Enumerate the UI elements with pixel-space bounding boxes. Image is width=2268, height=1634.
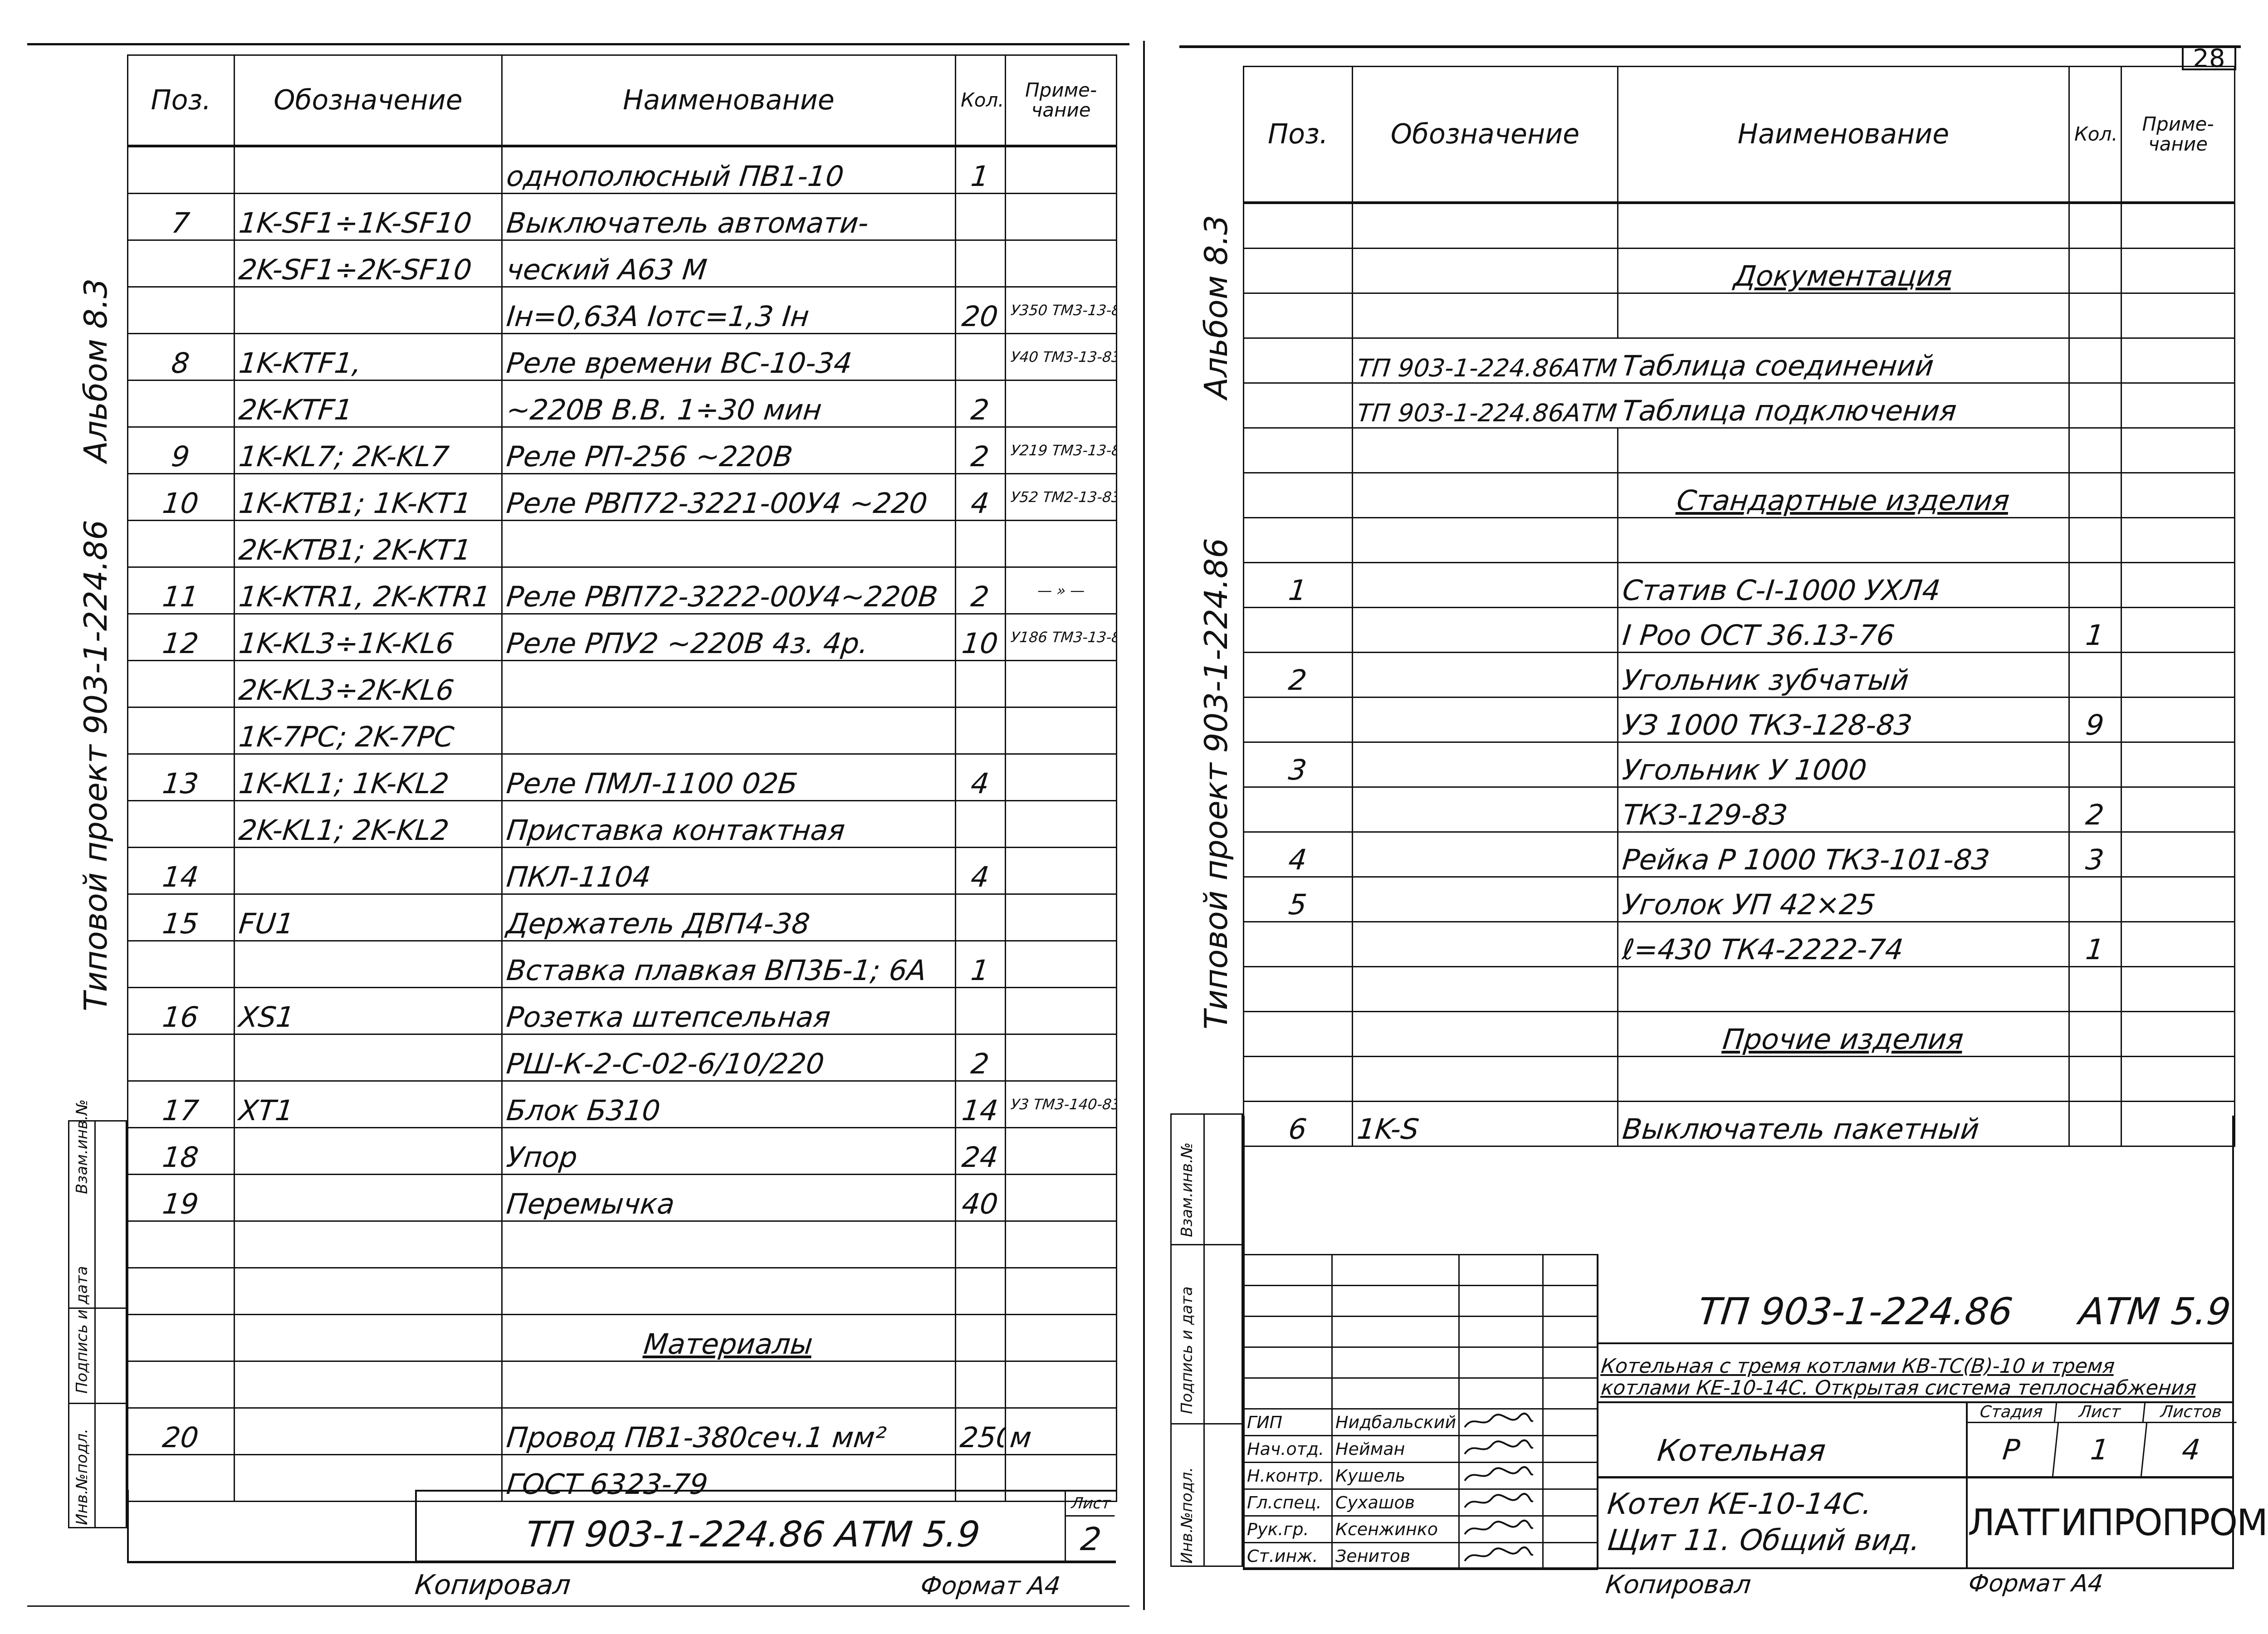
- cell-pos: 16: [125, 987, 237, 1034]
- cell-designation: [1350, 652, 1620, 697]
- left-footer-rule: [27, 1605, 1129, 1607]
- cell-name: Iн=0,63А Iотс=1,3 Iн: [499, 287, 958, 333]
- approval-row: Н.контр.Кушель: [1244, 1463, 1598, 1489]
- approval-date: [1543, 1436, 1598, 1463]
- table-row: 15FU1Держатель ДВП4-38: [128, 894, 1117, 941]
- table-row: 2K-KTB1; 2K-KT1: [128, 520, 1117, 567]
- signature-scribble-icon: [1462, 1492, 1535, 1512]
- approval-empty-row: [1244, 1347, 1598, 1378]
- cell-note: [1003, 1314, 1119, 1361]
- cell-note: [1003, 1034, 1119, 1081]
- table-row: 131K-KL1; 1K-KL2Реле ПМЛ-1100 02Б4: [128, 754, 1117, 800]
- approval-empty-row: [1244, 1378, 1598, 1409]
- cell-note: У186 ТМ3-13-83: [1003, 614, 1119, 660]
- cell-name: I Роо ОСТ 36.13-76: [1615, 607, 2071, 652]
- cell-note: [2119, 877, 2237, 922]
- table-row: ℓ=430 ТК4-2222-741: [1244, 922, 2235, 966]
- right-top-rule: [1179, 45, 2241, 48]
- right-spec-table: Поз. Обозначение Наименование Кол. Приме…: [1243, 66, 2235, 1147]
- approval-empty-cell: [1543, 1317, 1598, 1347]
- table-row: 2Угольник зубчатый: [1244, 652, 2235, 697]
- approvals-table: ГИПНидбальскийНач.отд.НейманН.контр.Куше…: [1243, 1254, 1598, 1570]
- cell-note: [1003, 240, 1119, 287]
- cell-name: [499, 1361, 958, 1408]
- approval-name: Сухашов: [1332, 1489, 1459, 1516]
- cell-designation: ТП 903-1-224.86АТМ5.10: [1350, 338, 1620, 383]
- table-row: однополюсный ПВ1-101: [128, 146, 1117, 194]
- cell-designation: XT1: [232, 1081, 504, 1127]
- cell-note: [2119, 787, 2237, 832]
- drawing-title-1: Котел КЕ-10-14С.: [1606, 1488, 1873, 1521]
- cell-designation: [1350, 922, 1620, 966]
- cell-designation: [1350, 293, 1620, 338]
- cell-name: Выключатель автомати-: [499, 193, 958, 240]
- approval-empty-cell: [1332, 1286, 1459, 1317]
- cell-designation: [1350, 697, 1620, 742]
- cell-note: [1003, 193, 1119, 240]
- cell-qty: 2: [2067, 787, 2123, 832]
- right-footer-copied: Копировал: [1604, 1570, 1753, 1600]
- approval-name: Нейман: [1332, 1436, 1459, 1463]
- cell-name: [499, 707, 958, 754]
- cell-pos: 13: [125, 754, 237, 800]
- table-row: 81K-KTF1,Реле времени ВС-10-34У40 ТМ3-13…: [128, 333, 1117, 380]
- approval-empty-cell: [1543, 1255, 1598, 1286]
- cell-designation: [232, 1408, 504, 1454]
- cell-name: [499, 1268, 958, 1314]
- cell-designation: [1350, 832, 1620, 877]
- cell-qty: 4: [953, 754, 1008, 800]
- table-row: [1244, 428, 2235, 473]
- sheet-divider: [1143, 41, 1145, 1610]
- cell-qty: 1: [953, 146, 1008, 194]
- cell-qty: 40: [953, 1174, 1008, 1221]
- approval-date: [1543, 1516, 1598, 1543]
- section-heading: Документация: [1615, 248, 2071, 293]
- cell-designation: [232, 1361, 504, 1408]
- right-side-stamp-replace: Взам.инв.№: [1178, 1142, 1196, 1237]
- left-stamp-code: ТП 903-1-224.86 АТМ 5.9: [523, 1514, 982, 1555]
- approval-empty-cell: [1459, 1347, 1543, 1378]
- approval-role: Нач.отд.: [1244, 1436, 1332, 1463]
- cell-pos: [1241, 473, 1354, 517]
- cell-designation: [232, 287, 504, 333]
- approval-signature: [1459, 1543, 1543, 1570]
- approval-empty-cell: [1244, 1378, 1332, 1409]
- cell-name: Угольник У 1000: [1615, 742, 2071, 787]
- approval-empty-cell: [1244, 1255, 1332, 1286]
- cell-designation: [1350, 517, 1620, 562]
- cell-designation: [1350, 473, 1620, 517]
- cell-pos: 2: [1241, 652, 1354, 697]
- cell-designation: 1K-KTR1, 2K-KTR1: [232, 567, 504, 614]
- cell-pos: [1241, 428, 1354, 473]
- cell-qty: 4: [953, 847, 1008, 894]
- approval-date: [1543, 1543, 1598, 1570]
- side-stamp: Взам.инв.№ Подпись и дата Инв.№подл.: [68, 1120, 127, 1528]
- cell-designation: [1350, 877, 1620, 922]
- cell-note: [2119, 1056, 2237, 1101]
- cell-pos: [125, 941, 237, 987]
- header-note: Приме-чание: [1006, 55, 1117, 146]
- side-stamp-replace: Взам.инв.№: [73, 1099, 91, 1194]
- approval-date: [1543, 1489, 1598, 1516]
- left-footer-copied: Копировал: [413, 1569, 572, 1601]
- header-pos: Поз.: [1244, 67, 1353, 203]
- table-row: 71K-SF1÷1K-SF10Выключатель автомати-: [128, 193, 1117, 240]
- table-row: 2K-KTF1~220В В.В. 1÷30 мин2: [128, 380, 1117, 427]
- table-row: ТП 903-1-224.86АТМ5.11Таблица подключени…: [1244, 383, 2235, 428]
- approval-date: [1543, 1409, 1598, 1436]
- table-row: 3Угольник У 1000: [1244, 742, 2235, 787]
- cell-qty: 2: [953, 380, 1008, 427]
- table-row: 16XS1Розетка штепсельная: [128, 987, 1117, 1034]
- cell-note: [1003, 1127, 1119, 1174]
- cell-qty: [953, 193, 1008, 240]
- header-name: Наименование: [1618, 67, 2069, 203]
- right-footer-format: Формат А4: [1967, 1570, 2104, 1597]
- cell-designation: 1K-KL1; 1K-KL2: [232, 754, 504, 800]
- section-heading: Стандартные изделия: [1615, 473, 2071, 517]
- table-row: 101K-KTB1; 1K-KT1Реле РВП72-3221-00У4 ~2…: [128, 473, 1117, 520]
- table-row: Iн=0,63А Iотс=1,3 Iн20У350 ТМ3-13-83: [128, 287, 1117, 333]
- signature-scribble-icon: [1462, 1518, 1535, 1539]
- table-row: Вставка плавкая ВП3Б-1; 6А1: [128, 941, 1117, 987]
- approval-name: Нидбальский: [1332, 1409, 1459, 1436]
- signature-scribble-icon: [1462, 1465, 1535, 1485]
- cell-qty: [953, 333, 1008, 380]
- title-project-line-1: Котельная с тремя котлами КВ-ТС(В)-10 и …: [1600, 1355, 2116, 1378]
- cell-qty: [953, 800, 1008, 847]
- cell-qty: 10: [953, 614, 1008, 660]
- cell-note: [2119, 383, 2237, 428]
- cell-pos: [1241, 293, 1354, 338]
- cell-designation: [1350, 1056, 1620, 1101]
- header-qty: Кол.: [956, 55, 1006, 146]
- cell-designation: 2K-KTB1; 2K-KT1: [232, 520, 504, 567]
- cell-note: У219 ТМ3-13-83: [1003, 427, 1119, 473]
- cell-note: [2119, 338, 2237, 383]
- cell-note: У52 ТМ2-13-83: [1003, 473, 1119, 520]
- sheet-label: Лист: [2055, 1401, 2146, 1423]
- cell-note: У3 ТМ3-140-83: [1003, 1081, 1119, 1127]
- cell-name: [499, 1221, 958, 1268]
- approval-role: ГИП: [1244, 1409, 1332, 1436]
- cell-note: [2119, 293, 2237, 338]
- right-side-stamp: Взам.инв.№ Подпись и дата Инв.№подл.: [1170, 1113, 1243, 1567]
- cell-pos: [125, 1314, 237, 1361]
- cell-qty: 4: [953, 473, 1008, 520]
- approval-empty-row: [1244, 1255, 1598, 1286]
- cell-pos: 19: [125, 1174, 237, 1221]
- cell-pos: [1241, 248, 1354, 293]
- cell-designation: [1350, 248, 1620, 293]
- cell-pos: [125, 1221, 237, 1268]
- cell-designation: [232, 146, 504, 194]
- approval-row: Рук.гр.Ксенжинко: [1244, 1516, 1598, 1543]
- cell-qty: 250: [953, 1408, 1008, 1454]
- right-side-stamp-signature: Подпись и дата: [1178, 1286, 1196, 1414]
- table-row: [128, 1268, 1117, 1314]
- cell-pos: 11: [125, 567, 237, 614]
- cell-pos: 9: [125, 427, 237, 473]
- cell-name: ~220В В.В. 1÷30 мин: [499, 380, 958, 427]
- approval-row: ГИПНидбальский: [1244, 1409, 1598, 1436]
- margin-project-label: Типовой проект 903-1-224.86: [77, 520, 114, 1011]
- cell-note: [2119, 832, 2237, 877]
- table-row: [1244, 1056, 2235, 1101]
- approval-date: [1543, 1463, 1598, 1489]
- cell-designation: XS1: [232, 987, 504, 1034]
- section-heading: Прочие изделия: [1615, 1011, 2071, 1056]
- cell-designation: 1K-SF1÷1K-SF10: [232, 193, 504, 240]
- title-rule-1: [1598, 1342, 2234, 1344]
- header-designation: Обозначение: [235, 55, 502, 146]
- table-row: 111K-KTR1, 2K-KTR1Реле РВП72-3222-00У4~2…: [128, 567, 1117, 614]
- cell-note: [1003, 1268, 1119, 1314]
- cell-note: [2119, 473, 2237, 517]
- approval-empty-row: [1244, 1286, 1598, 1317]
- approval-signature: [1459, 1516, 1543, 1543]
- table-row: 91K-KL7; 2K-KL7Реле РП-256 ~220В2У219 ТМ…: [128, 427, 1117, 473]
- approval-empty-cell: [1459, 1317, 1543, 1347]
- cell-qty: 1: [953, 941, 1008, 987]
- cell-note: [1003, 894, 1119, 941]
- table-row: ТП 903-1-224.86АТМ5.10Таблица соединений: [1244, 338, 2235, 383]
- cell-qty: 2: [953, 1034, 1008, 1081]
- sheets-label: Листов: [2143, 1401, 2239, 1423]
- cell-designation: [1350, 966, 1620, 1011]
- cell-qty: [953, 1221, 1008, 1268]
- approval-row: Ст.инж.Зенитов: [1244, 1543, 1598, 1570]
- cell-qty: [2067, 293, 2123, 338]
- cell-name: ТК3-129-83: [1615, 787, 2071, 832]
- cell-name: Держатель ДВП4-38: [499, 894, 958, 941]
- approval-role: Ст.инж.: [1244, 1543, 1332, 1570]
- cell-name: [1615, 428, 2071, 473]
- table-row: 17XT1Блок Б31014У3 ТМ3-140-83: [128, 1081, 1117, 1127]
- cell-qty: [2067, 1056, 2123, 1101]
- cell-note: [1003, 1174, 1119, 1221]
- cell-note: [2119, 562, 2237, 607]
- cell-note: [2119, 607, 2237, 652]
- cell-pos: 10: [125, 473, 237, 520]
- cell-pos: [1241, 383, 1354, 428]
- stage-value: Р: [1965, 1423, 2059, 1476]
- table-row: 2K-SF1÷2K-SF10ческий А63 М: [128, 240, 1117, 287]
- cell-note: [2119, 428, 2237, 473]
- cell-name: УЗ 1000 ТК3-128-83: [1615, 697, 2071, 742]
- cell-pos: 4: [1241, 832, 1354, 877]
- cell-designation: ТП 903-1-224.86АТМ5.11: [1350, 383, 1620, 428]
- cell-note: [1003, 847, 1119, 894]
- table-row: 14ПКЛ-11044: [128, 847, 1117, 894]
- cell-name: ℓ=430 ТК4-2222-74: [1615, 922, 2071, 966]
- cell-name: Перемычка: [499, 1174, 958, 1221]
- cell-designation: [1350, 1011, 1620, 1056]
- cell-pos: [1241, 338, 1354, 383]
- table-row: 5Уголок УП 42×25: [1244, 877, 2235, 922]
- table-row: [1244, 517, 2235, 562]
- left-stamp-sheet-cell: Лист 2: [1065, 1492, 1116, 1561]
- approval-role: Гл.спец.: [1244, 1489, 1332, 1516]
- cell-designation: [1350, 787, 1620, 832]
- cell-name: Реле РПУ2 ~220В 4з. 4р.: [499, 614, 958, 660]
- cell-designation: 2K-KL1; 2K-KL2: [232, 800, 504, 847]
- cell-name: Реле РВП72-3221-00У4 ~220: [499, 473, 958, 520]
- cell-designation: [232, 941, 504, 987]
- left-stamp-box: ТП 903-1-224.86 АТМ 5.9 Лист 2: [415, 1490, 1116, 1562]
- cell-qty: [953, 1361, 1008, 1408]
- header-qty: Кол.: [2069, 67, 2121, 203]
- approval-empty-cell: [1332, 1347, 1459, 1378]
- approval-signature: [1459, 1409, 1543, 1436]
- approval-empty-row: [1244, 1317, 1598, 1347]
- cell-pos: 17: [125, 1081, 237, 1127]
- cell-pos: [125, 707, 237, 754]
- approval-name: Кушель: [1332, 1463, 1459, 1489]
- cell-designation: 1K-KL3÷1K-KL6: [232, 614, 504, 660]
- cell-qty: [953, 894, 1008, 941]
- cell-note: [2119, 922, 2237, 966]
- signature-scribble-icon: [1462, 1411, 1535, 1432]
- cell-pos: [1241, 1011, 1354, 1056]
- title-block: ГИПНидбальскийНач.отд.НейманН.контр.Куше…: [1243, 1254, 2234, 1569]
- cell-qty: [953, 520, 1008, 567]
- cell-designation: 1K-7PC; 2K-7PC: [232, 707, 504, 754]
- cell-note: [2119, 697, 2237, 742]
- table-row: [128, 1221, 1117, 1268]
- cell-qty: [2067, 877, 2123, 922]
- approval-empty-cell: [1543, 1286, 1598, 1317]
- table-row: 121K-KL3÷1K-KL6Реле РПУ2 ~220В 4з. 4р.10…: [128, 614, 1117, 660]
- cell-note: [2119, 966, 2237, 1011]
- cell-name: Розетка штепсельная: [499, 987, 958, 1034]
- title-object: Котельная: [1656, 1433, 1828, 1468]
- side-stamp-inventory: Инв.№подл.: [73, 1429, 91, 1525]
- right-margin-album-label: Альбом 8.3: [1198, 215, 1235, 399]
- cell-name: [499, 660, 958, 707]
- cell-pos: [125, 660, 237, 707]
- sheet-value: 1: [2053, 1423, 2147, 1476]
- cell-note: [1003, 800, 1119, 847]
- cell-pos: 15: [125, 894, 237, 941]
- cell-designation: [1350, 562, 1620, 607]
- signature-scribble-icon: [1462, 1545, 1535, 1566]
- cell-name: Реле времени ВС-10-34: [499, 333, 958, 380]
- cell-designation: 2K-KTF1: [232, 380, 504, 427]
- cell-name: Реле ПМЛ-1100 02Б: [499, 754, 958, 800]
- cell-name: РШ-К-2-С-02-6/10/220: [499, 1034, 958, 1081]
- approval-empty-cell: [1244, 1317, 1332, 1347]
- cell-name: [1615, 293, 2071, 338]
- cell-pos: [125, 520, 237, 567]
- cell-name: Вставка плавкая ВП3Б-1; 6А: [499, 941, 958, 987]
- right-margin-project-label: Типовой проект 903-1-224.86: [1198, 538, 1235, 1029]
- cell-note: м: [1003, 1408, 1119, 1454]
- cell-name: Статив С-I-1000 УХЛ4: [1615, 562, 2071, 607]
- left-border-bottom-left: [127, 1490, 129, 1562]
- stage-label: Стадия: [1966, 1401, 2057, 1423]
- cell-qty: [953, 240, 1008, 287]
- cell-designation: 1K-KTB1; 1K-KT1: [232, 473, 504, 520]
- approval-empty-cell: [1332, 1378, 1459, 1409]
- cell-designation: [232, 1034, 504, 1081]
- cell-pos: [1241, 922, 1354, 966]
- cell-note: [1003, 987, 1119, 1034]
- cell-qty: [953, 1314, 1008, 1361]
- cell-name: [1615, 203, 2072, 249]
- cell-pos: 5: [1241, 877, 1354, 922]
- cell-pos: [125, 380, 237, 427]
- cell-qty: 20: [953, 287, 1008, 333]
- header-name: Наименование: [502, 55, 956, 146]
- cell-name: Таблица соединений: [1615, 338, 2071, 383]
- approval-empty-cell: [1459, 1286, 1543, 1317]
- header-pos: Поз.: [128, 55, 235, 146]
- left-spec-table: Поз. Обозначение Наименование Кол. Приме…: [127, 54, 1117, 1502]
- cell-qty: 14: [953, 1081, 1008, 1127]
- approval-empty-cell: [1332, 1255, 1459, 1286]
- left-stamp-sheet-number: 2: [1064, 1517, 1119, 1562]
- cell-designation: [1350, 607, 1620, 652]
- cell-pos: [125, 146, 237, 194]
- cell-pos: 3: [1241, 742, 1354, 787]
- approval-empty-cell: [1244, 1347, 1332, 1378]
- approval-role: Рук.гр.: [1244, 1516, 1332, 1543]
- approval-empty-cell: [1543, 1378, 1598, 1409]
- title-code: ТП 903-1-224.86: [1696, 1290, 2015, 1333]
- table-row: 2K-KL1; 2K-KL2Приставка контактная: [128, 800, 1117, 847]
- cell-qty: [953, 707, 1008, 754]
- cell-pos: [125, 1361, 237, 1408]
- cell-designation: 2K-SF1÷2K-SF10: [232, 240, 504, 287]
- left-stamp-sheet-label: Лист: [1065, 1492, 1117, 1517]
- cell-pos: [1241, 607, 1354, 652]
- cell-note: [1003, 941, 1119, 987]
- cell-note: [2119, 203, 2237, 249]
- cell-note: У40 ТМ3-13-83: [1003, 333, 1119, 380]
- cell-name: Блок Б310: [499, 1081, 958, 1127]
- cell-pos: 1: [1241, 562, 1354, 607]
- cell-name: Приставка контактная: [499, 800, 958, 847]
- top-rule: [27, 43, 1129, 45]
- cell-note: [1003, 1361, 1119, 1408]
- table-row: 4Рейка Р 1000 ТК3-101-833: [1244, 832, 2235, 877]
- cell-name: Таблица подключения: [1615, 383, 2071, 428]
- cell-name: Упор: [499, 1127, 958, 1174]
- cell-designation: [232, 1221, 504, 1268]
- cell-name: Рейка Р 1000 ТК3-101-83: [1615, 832, 2071, 877]
- cell-name: Угольник зубчатый: [1615, 652, 2071, 697]
- cell-pos: 18: [125, 1127, 237, 1174]
- cell-designation: FU1: [232, 894, 504, 941]
- stage-block: Стадия Лист Листов Р 1 4: [1966, 1401, 2236, 1476]
- cell-pos: [1241, 517, 1354, 562]
- table-row: [1244, 966, 2235, 1011]
- cell-pos: 7: [125, 193, 237, 240]
- title-main: ТП 903-1-224.86 АТМ 5.9 Котельная с трем…: [1597, 1254, 2234, 1569]
- cell-note: [2119, 652, 2237, 697]
- approval-empty-cell: [1459, 1255, 1543, 1286]
- title-doc: АТМ 5.9: [2077, 1290, 2233, 1333]
- cell-note: [1003, 380, 1119, 427]
- table-row: [128, 1361, 1117, 1408]
- table-row: [1244, 203, 2235, 249]
- table-row: Стандартные изделия: [1244, 473, 2235, 517]
- cell-name: Реле РП-256 ~220В: [499, 427, 958, 473]
- cell-pos: [1241, 1056, 1354, 1101]
